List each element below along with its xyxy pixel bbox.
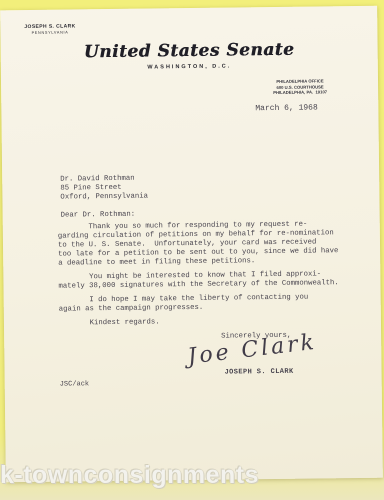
- seller-watermark: k-townconsignments: [0, 461, 259, 490]
- sender-name: JOSEPH S. CLARK: [24, 23, 75, 30]
- letterhead-title: United States Senate: [1, 39, 378, 64]
- office-address-block: PHILADELPHIA OFFICE 600 U.S. COURTHOUSE …: [237, 78, 363, 96]
- typed-signer-name: JOSEPH S. CLARK: [225, 368, 294, 377]
- salutation: Dear Dr. Rothman:: [61, 211, 136, 220]
- typist-reference-initials: JSC/ack: [60, 380, 90, 388]
- letter-body: Thank you so much for responding to my r…: [58, 220, 351, 334]
- letterhead-city: WASHINGTON, D.C.: [1, 62, 378, 73]
- recipient-address-block: Dr. David Rothman 85 Pine Street Oxford,…: [60, 175, 148, 204]
- letter-date: March 6, 1968: [255, 103, 318, 113]
- paragraph-regards: Kindest regards.: [59, 316, 351, 329]
- paragraph-2: You might be interested to know that I f…: [58, 270, 350, 292]
- sender-state: PENNSYLVANIA: [24, 30, 75, 35]
- paragraph-3: I do hope I may take the liberty of cont…: [59, 293, 351, 315]
- letter-document: JOSEPH S. CLARK PENNSYLVANIA United Stat…: [0, 6, 383, 483]
- photo-background: JOSEPH S. CLARK PENNSYLVANIA United Stat…: [0, 0, 384, 500]
- sender-block: JOSEPH S. CLARK PENNSYLVANIA: [24, 23, 75, 35]
- paragraph-1: Thank you so much for responding to my r…: [58, 220, 351, 269]
